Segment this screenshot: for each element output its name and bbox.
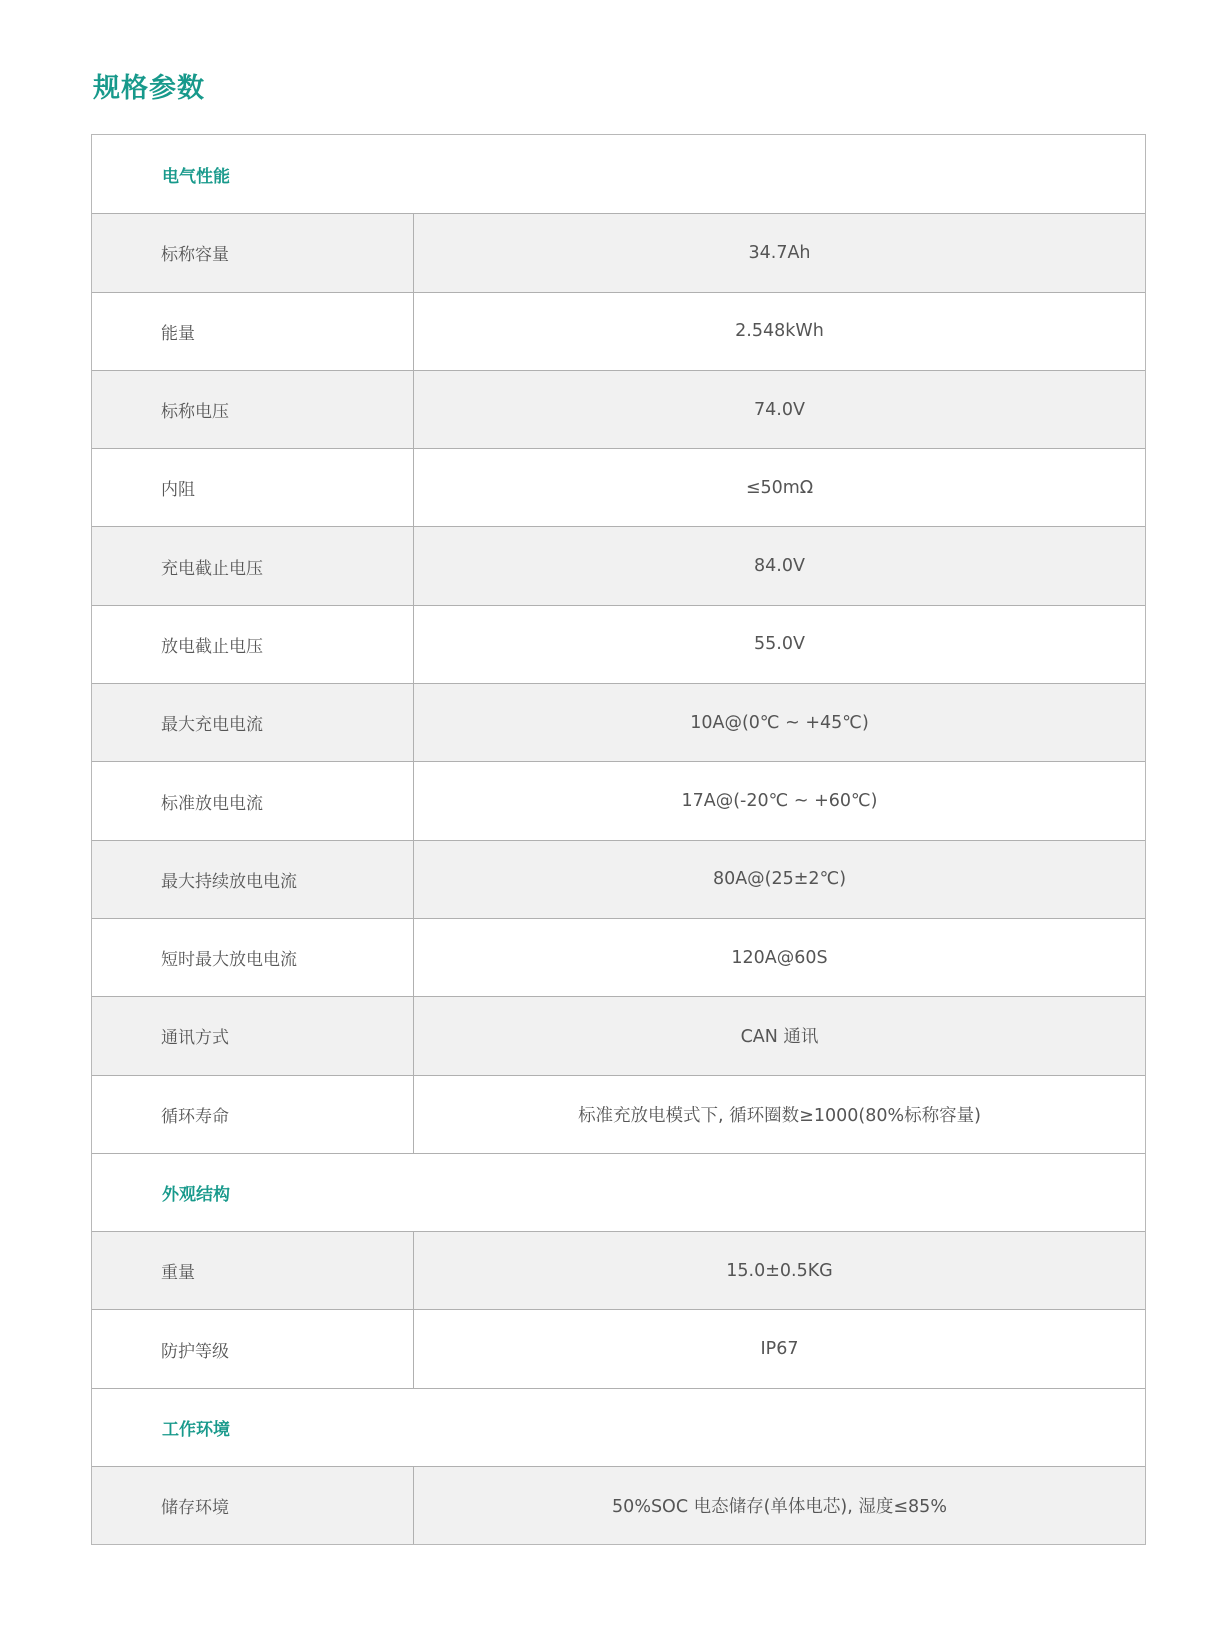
spec-value: 10A@(0℃ ~ +45℃) <box>414 684 1145 761</box>
spec-label: 充电截止电压 <box>92 527 414 604</box>
spec-label: 能量 <box>92 293 414 370</box>
spec-value: 2.548kWh <box>414 293 1145 370</box>
spec-table: 电气性能 标称容量 34.7Ah 能量 2.548kWh 标称电压 74.0V … <box>91 134 1146 1545</box>
spec-label: 储存环境 <box>92 1467 414 1544</box>
spec-value: 50%SOC 电态储存(单体电芯), 湿度≤85% <box>414 1467 1145 1544</box>
spec-value: 标准充放电模式下, 循环圈数≥1000(80%标称容量) <box>414 1076 1145 1153</box>
table-row: 最大充电电流 10A@(0℃ ~ +45℃) <box>92 683 1145 761</box>
spec-label: 短时最大放电电流 <box>92 919 414 996</box>
table-row: 最大持续放电电流 80A@(25±2℃) <box>92 840 1145 918</box>
spec-value: IP67 <box>414 1310 1145 1387</box>
spec-label: 标称电压 <box>92 371 414 448</box>
spec-value: 17A@(-20℃ ~ +60℃) <box>414 762 1145 839</box>
spec-value: 15.0±0.5KG <box>414 1232 1145 1309</box>
section-row: 工作环境 <box>92 1388 1145 1466</box>
spec-value: 74.0V <box>414 371 1145 448</box>
section-title-electrical: 电气性能 <box>92 135 230 213</box>
table-row: 能量 2.548kWh <box>92 292 1145 370</box>
spec-label: 标称容量 <box>92 214 414 291</box>
spec-label: 重量 <box>92 1232 414 1309</box>
spec-value: ≤50mΩ <box>414 449 1145 526</box>
table-row: 循环寿命 标准充放电模式下, 循环圈数≥1000(80%标称容量) <box>92 1075 1145 1153</box>
table-row: 短时最大放电电流 120A@60S <box>92 918 1145 996</box>
spec-label: 最大充电电流 <box>92 684 414 761</box>
table-row: 放电截止电压 55.0V <box>92 605 1145 683</box>
spec-value: 80A@(25±2℃) <box>414 841 1145 918</box>
section-row: 电气性能 <box>92 135 1145 213</box>
table-row: 通讯方式 CAN 通讯 <box>92 996 1145 1074</box>
spec-label: 内阻 <box>92 449 414 526</box>
table-row: 标称电压 74.0V <box>92 370 1145 448</box>
spec-label: 通讯方式 <box>92 997 414 1074</box>
table-row: 充电截止电压 84.0V <box>92 526 1145 604</box>
section-title-environment: 工作环境 <box>92 1389 230 1466</box>
spec-value: CAN 通讯 <box>414 997 1145 1074</box>
spec-label: 最大持续放电电流 <box>92 841 414 918</box>
section-row: 外观结构 <box>92 1153 1145 1231</box>
table-row: 标称容量 34.7Ah <box>92 213 1145 291</box>
spec-label: 放电截止电压 <box>92 606 414 683</box>
spec-label: 防护等级 <box>92 1310 414 1387</box>
spec-value: 55.0V <box>414 606 1145 683</box>
table-row: 重量 15.0±0.5KG <box>92 1231 1145 1309</box>
table-row: 内阻 ≤50mΩ <box>92 448 1145 526</box>
spec-value: 84.0V <box>414 527 1145 604</box>
spec-label: 标准放电电流 <box>92 762 414 839</box>
table-row: 标准放电电流 17A@(-20℃ ~ +60℃) <box>92 761 1145 839</box>
section-title-structure: 外观结构 <box>92 1154 230 1231</box>
spec-label: 循环寿命 <box>92 1076 414 1153</box>
spec-value: 34.7Ah <box>414 214 1145 291</box>
table-row: 防护等级 IP67 <box>92 1309 1145 1387</box>
page-title: 规格参数 <box>93 66 205 105</box>
spec-value: 120A@60S <box>414 919 1145 996</box>
table-row: 储存环境 50%SOC 电态储存(单体电芯), 湿度≤85% <box>92 1466 1145 1544</box>
